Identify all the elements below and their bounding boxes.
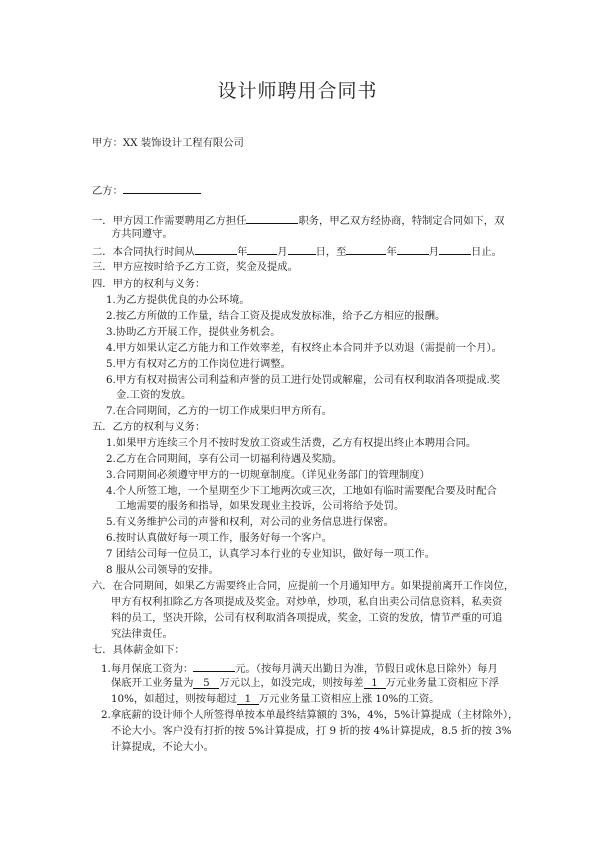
party-a-value: XX 装饰设计工程有限公司 bbox=[123, 137, 244, 149]
clause-2-line: 二．本合同执行时间从年月日，至年月日止。 bbox=[92, 244, 502, 259]
clause-6-line: 六．在合同期间，如果乙方需要终止合同，应提前一个月通知甲方。如果提前离开工作岗位… bbox=[92, 580, 514, 593]
step-down-value[interactable]: 1 bbox=[364, 678, 386, 689]
party-b-label: 乙方： bbox=[92, 185, 123, 197]
clause-6-line: 料的员工，坚决开除，公司有权利取消各项提成，奖金，工资的发放，情节严重的可追 bbox=[111, 612, 502, 625]
start-month-blank[interactable] bbox=[247, 244, 277, 255]
clause-5-item: 5.有义务维护公司的声誉和权利，对公司的业务信息进行保密。 bbox=[106, 516, 394, 529]
clause-5-item: 1.如果甲方连续三个月不按时发放工资或生活费，乙方有权提出终止本聘用合同。 bbox=[106, 437, 476, 450]
start-year-blank[interactable] bbox=[195, 244, 237, 255]
clause-5-heading: 五．乙方的权利与义务： bbox=[92, 421, 205, 434]
salary-item-1-text: 万元以上，如没完成，则按每差 bbox=[219, 677, 363, 689]
clause-4-item: 1.为乙方提供优良的办公环境。 bbox=[106, 294, 250, 307]
salary-item-2-line: 2.拿底薪的设计师个人所签得单按本单最终结算额的 3%，4%，5%计算提成（主材… bbox=[101, 709, 518, 722]
clause-6-line: 甲方有权利扣除乙方各项提成及奖金。对炒单，炒项，私自出卖公司信息资料，私卖资 bbox=[111, 596, 502, 609]
clause-5-item: 8 服从公司领导的安排。 bbox=[106, 564, 219, 577]
base-salary-blank[interactable] bbox=[193, 661, 235, 672]
party-a-label: 甲方： bbox=[92, 137, 123, 149]
document-title: 设计师聘用合同书 bbox=[0, 76, 595, 103]
clause-4-heading: 四．甲方的权利与义务： bbox=[92, 278, 205, 291]
salary-item-1-text: 元。（按每月满天出勤日为准，节假日或休息日除外）每月 bbox=[235, 663, 498, 675]
month-label: 月 bbox=[429, 246, 439, 258]
clause-4-item: 3.协助乙方开展工作，提供业务机会。 bbox=[106, 326, 281, 339]
clause-5-item: 7 团结公司每一位员工，认真学习本行业的专业知识，做好每一项工作。 bbox=[106, 548, 435, 561]
clause-6-line: 究法律责任。 bbox=[111, 628, 173, 641]
salary-item-1-text: 万元业务量工资相应下浮 bbox=[386, 677, 499, 689]
base-salary-label: 1.每月保底工资为： bbox=[101, 663, 193, 675]
clause-5-item: 3.合同期间必须遵守甲方的一切规章制度。（详见业务部门的管理制度） bbox=[106, 469, 430, 482]
clause-1-line-1: 一．甲方因工作需要聘用乙方担任职务，甲乙双方经协商，特制定合同如下，双 bbox=[92, 213, 504, 228]
salary-item-1-line-1: 1.每月保底工资为：元。（按每月满天出勤日为准，节假日或休息日除外）每月 bbox=[101, 661, 498, 676]
min-volume-label: 保底开工业务量为 bbox=[111, 677, 193, 689]
clause-5-item: 2.乙方在合同期间，享有公司一切福利待遇及奖励。 bbox=[106, 453, 342, 466]
salary-item-1-line-3: 10%，如超过，则按每超过1万元业务量工资相应上涨 10%的工资。 bbox=[111, 693, 439, 706]
clause-1-text-a: 一．甲方因工作需要聘用乙方担任 bbox=[92, 215, 246, 227]
end-day-blank[interactable] bbox=[439, 244, 471, 255]
clause-4-item: 5.甲方有权对乙方的工作岗位进行调整。 bbox=[106, 358, 291, 371]
clause-3-line: 三．甲方应按时给予乙方工资，奖金及提成。 bbox=[92, 261, 298, 274]
party-b-blank[interactable] bbox=[123, 183, 201, 194]
clause-4-item: 6.甲方有权对损害公司利益和声誉的员工进行处罚或解雇，公司有权利取消各项提成.奖 bbox=[106, 374, 500, 387]
clause-5-item: 4.个人所签工地，一个星期至少下工地两次或三次，工地如有临时需要配合要及时配合 bbox=[106, 485, 497, 498]
clause-2-text: 二．本合同执行时间从 bbox=[92, 246, 195, 258]
contract-page: 设计师聘用合同书 甲方：XX 装饰设计工程有限公司 乙方： 一．甲方因工作需要聘… bbox=[0, 0, 595, 841]
party-b-line: 乙方： bbox=[92, 183, 201, 198]
step-up-value[interactable]: 1 bbox=[237, 694, 259, 705]
salary-item-1-text: 万元业务量工资相应上涨 10%的工资。 bbox=[259, 693, 440, 705]
day-end-label: 日止。 bbox=[471, 246, 502, 258]
salary-item-2-line: 计算提成，不论大小。 bbox=[111, 741, 214, 754]
year-label: 年 bbox=[237, 246, 247, 258]
year-label: 年 bbox=[386, 246, 396, 258]
clause-4-item: 4.甲方如果认定乙方能力和工作效率差，有权终止本合同并予以劝退（需提前一个月）。 bbox=[106, 342, 502, 355]
salary-item-1-text: 10%，如超过，则按每超过 bbox=[111, 693, 237, 705]
position-blank[interactable] bbox=[246, 213, 298, 224]
day-to-label: 日，至 bbox=[316, 246, 347, 258]
start-day-blank[interactable] bbox=[288, 244, 316, 255]
end-year-blank[interactable] bbox=[346, 244, 386, 255]
salary-item-2-line: 不论大小。客户没有打折的按 5%计算提成，打 9 折的按 4%计算提成，8.5 … bbox=[111, 725, 511, 738]
clause-4-item: 7.在合同期间，乙方的一切工作成果归甲方所有。 bbox=[106, 405, 332, 418]
end-month-blank[interactable] bbox=[397, 244, 429, 255]
party-a-line: 甲方：XX 装饰设计工程有限公司 bbox=[92, 137, 244, 150]
clause-4-item-cont: 金.工资的发放。 bbox=[116, 389, 191, 402]
clause-1-line-2: 方共同遵守。 bbox=[111, 228, 173, 241]
clause-1-text-b: 职务，甲乙双方经协商，特制定合同如下，双 bbox=[298, 215, 504, 227]
clause-5-item: 6.按时认真做好每一项工作，服务好每一个客户。 bbox=[106, 532, 332, 545]
salary-item-1-line-2: 保底开工业务量为5万元以上，如没完成，则按每差1万元业务量工资相应下浮 bbox=[111, 677, 499, 690]
min-volume-value[interactable]: 5 bbox=[193, 678, 219, 689]
clause-7-heading: 七．具体薪金如下： bbox=[92, 644, 185, 657]
clause-5-item-cont: 工地需要的服务和指导，如果发现业主投诉，公司将给予处罚。 bbox=[116, 500, 404, 513]
month-label: 月 bbox=[277, 246, 287, 258]
clause-4-item: 2.按乙方所做的工作量，结合工资及提成发放标准，给予乙方相应的报酬。 bbox=[106, 310, 445, 323]
